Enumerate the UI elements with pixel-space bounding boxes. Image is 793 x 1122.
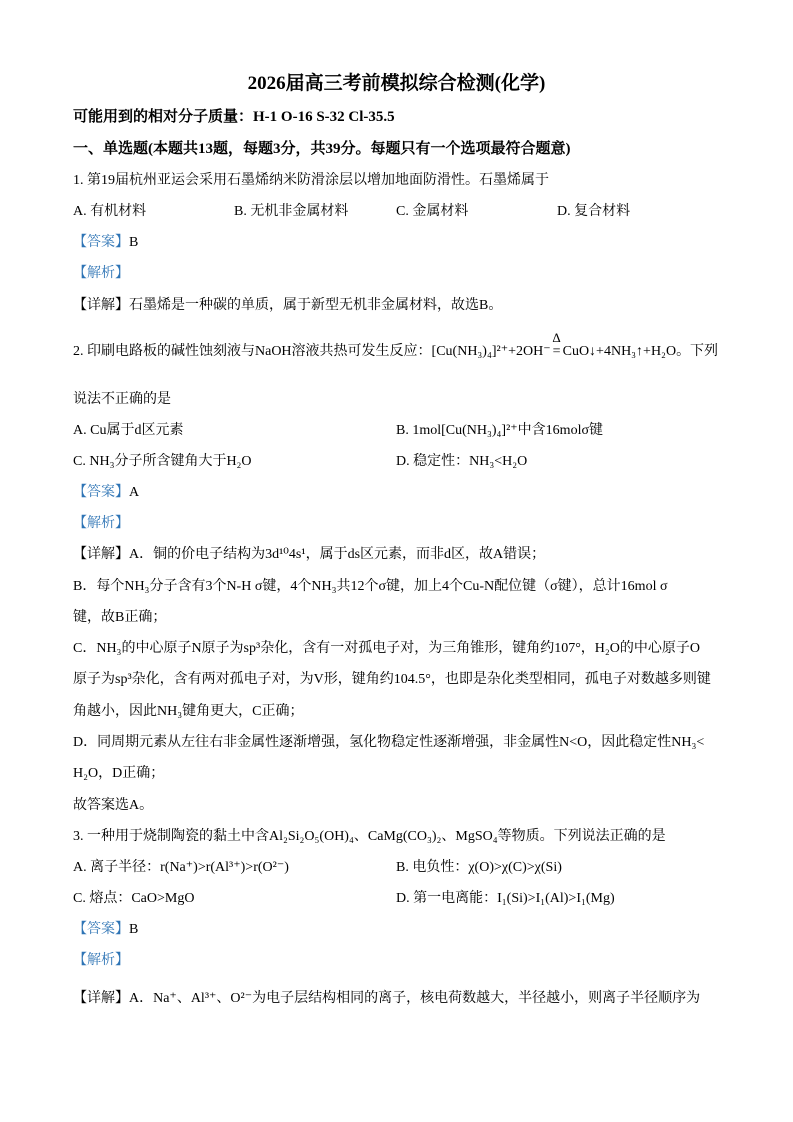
answer-value: B — [129, 235, 138, 250]
question-number: 1. — [73, 173, 84, 188]
q3-option-c: C. 熔点：CaO>MgO — [73, 890, 194, 908]
q3-option-a: A. 离子半径：r(Na⁺)>r(Al³⁺)>r(O²⁻) — [73, 859, 289, 877]
q2-option-d: D. 稳定性：NH₃<H₂O — [396, 453, 527, 471]
q3-analysis-label: 【解析】 — [73, 952, 129, 970]
q2-detail-line: 【详解】A．铜的价电子结构为3d¹⁰4s¹，属于ds区元素，而非d区，故A错误； — [73, 546, 545, 564]
reaction-rhs: CuO↓+4NH₃↑+H₂O — [563, 344, 676, 359]
answer-label: 【答案】 — [73, 235, 129, 250]
relative-masses: 可能用到的相对分子质量：H-1 O-16 S-32 Cl-35.5 — [73, 108, 395, 126]
q2-detail-line: 故答案选A。 — [73, 797, 153, 815]
q2-option-c: C. NH₃分子所含键角大于H₂O — [73, 453, 252, 471]
q1-answer: 【答案】B — [73, 234, 138, 252]
q3-option-b: B. 电负性：χ(O)>χ(C)>χ(Si) — [396, 859, 562, 877]
q2-detail-line: D．同周期元素从左往右非金属性逐渐增强，氢化物稳定性逐渐增强，非金属性N<O，因… — [73, 734, 704, 752]
q2-detail-line: 键，故B正确； — [73, 609, 166, 627]
q1-analysis-label: 【解析】 — [73, 265, 129, 283]
question-text: 第19届杭州亚运会采用石墨烯纳米防滑涂层以增加地面防滑性。石墨烯属于 — [87, 173, 549, 188]
question-1-stem: 1. 第19届杭州亚运会采用石墨烯纳米防滑涂层以增加地面防滑性。石墨烯属于 — [73, 172, 549, 190]
heat-condition: Δ= — [551, 343, 563, 361]
detail-label: 【详解】 — [73, 298, 129, 313]
q2-detail-line: 角越小，因此NH₃键角更大，C正确； — [73, 703, 303, 721]
q1-option-a: A. 有机材料 — [73, 203, 146, 221]
question-2-stem-line2: 说法不正确的是 — [73, 391, 171, 409]
q2-option-a: A. Cu属于d区元素 — [73, 422, 183, 440]
q1-option-b: B. 无机非金属材料 — [234, 203, 348, 221]
page-title: 2026届高三考前模拟综合检测(化学) — [0, 72, 793, 96]
q2-detail-line: B．每个NH₃分子含有3个N-H σ键，4个NH₃共12个σ键，加上4个Cu-N… — [73, 578, 668, 596]
reaction-lhs: [Cu(NH₃)₄]²⁺+2OH⁻ — [432, 344, 551, 359]
q1-option-d: D. 复合材料 — [557, 203, 630, 221]
q2-detail-line: 原子为sp³杂化，含有两对孤电子对，为V形，键角约104.5°，也即是杂化类型相… — [73, 671, 711, 689]
q3-answer: 【答案】B — [73, 921, 138, 939]
q2-option-b: B. 1mol[Cu(NH₃)₄]²⁺中含16molσ键 — [396, 422, 603, 440]
q1-detail: 【详解】石墨烯是一种碳的单质，属于新型无机非金属材料，故选B。 — [73, 297, 502, 315]
section-heading: 一、单选题(本题共13题，每题3分，共39分。每题只有一个选项最符合题意) — [73, 140, 571, 158]
q3-detail-line: 【详解】A．Na⁺、Al³⁺、O²⁻为电子层结构相同的离子，核电荷数越大，半径越… — [73, 990, 700, 1008]
q2-answer: 【答案】A — [73, 484, 139, 502]
question-2-stem: 2. 印刷电路板的碱性蚀刻液与NaOH溶液共热可发生反应：[Cu(NH₃)₄]²… — [73, 343, 718, 361]
q2-detail-line: C．NH₃的中心原子N原子为sp³杂化，含有一对孤电子对，为三角锥形，键角约10… — [73, 640, 700, 658]
question-3-stem: 3. 一种用于烧制陶瓷的黏土中含Al₂Si₂O₅(OH)₄、CaMg(CO₃)₂… — [73, 828, 666, 846]
document-page: 2026届高三考前模拟综合检测(化学) 可能用到的相对分子质量：H-1 O-16… — [0, 0, 793, 1122]
q1-option-c: C. 金属材料 — [396, 203, 468, 221]
q3-option-d: D. 第一电离能：I₁(Si)>I₁(Al)>I₁(Mg) — [396, 890, 615, 908]
q2-detail-line: H₂O，D正确； — [73, 765, 164, 783]
q2-analysis-label: 【解析】 — [73, 515, 129, 533]
